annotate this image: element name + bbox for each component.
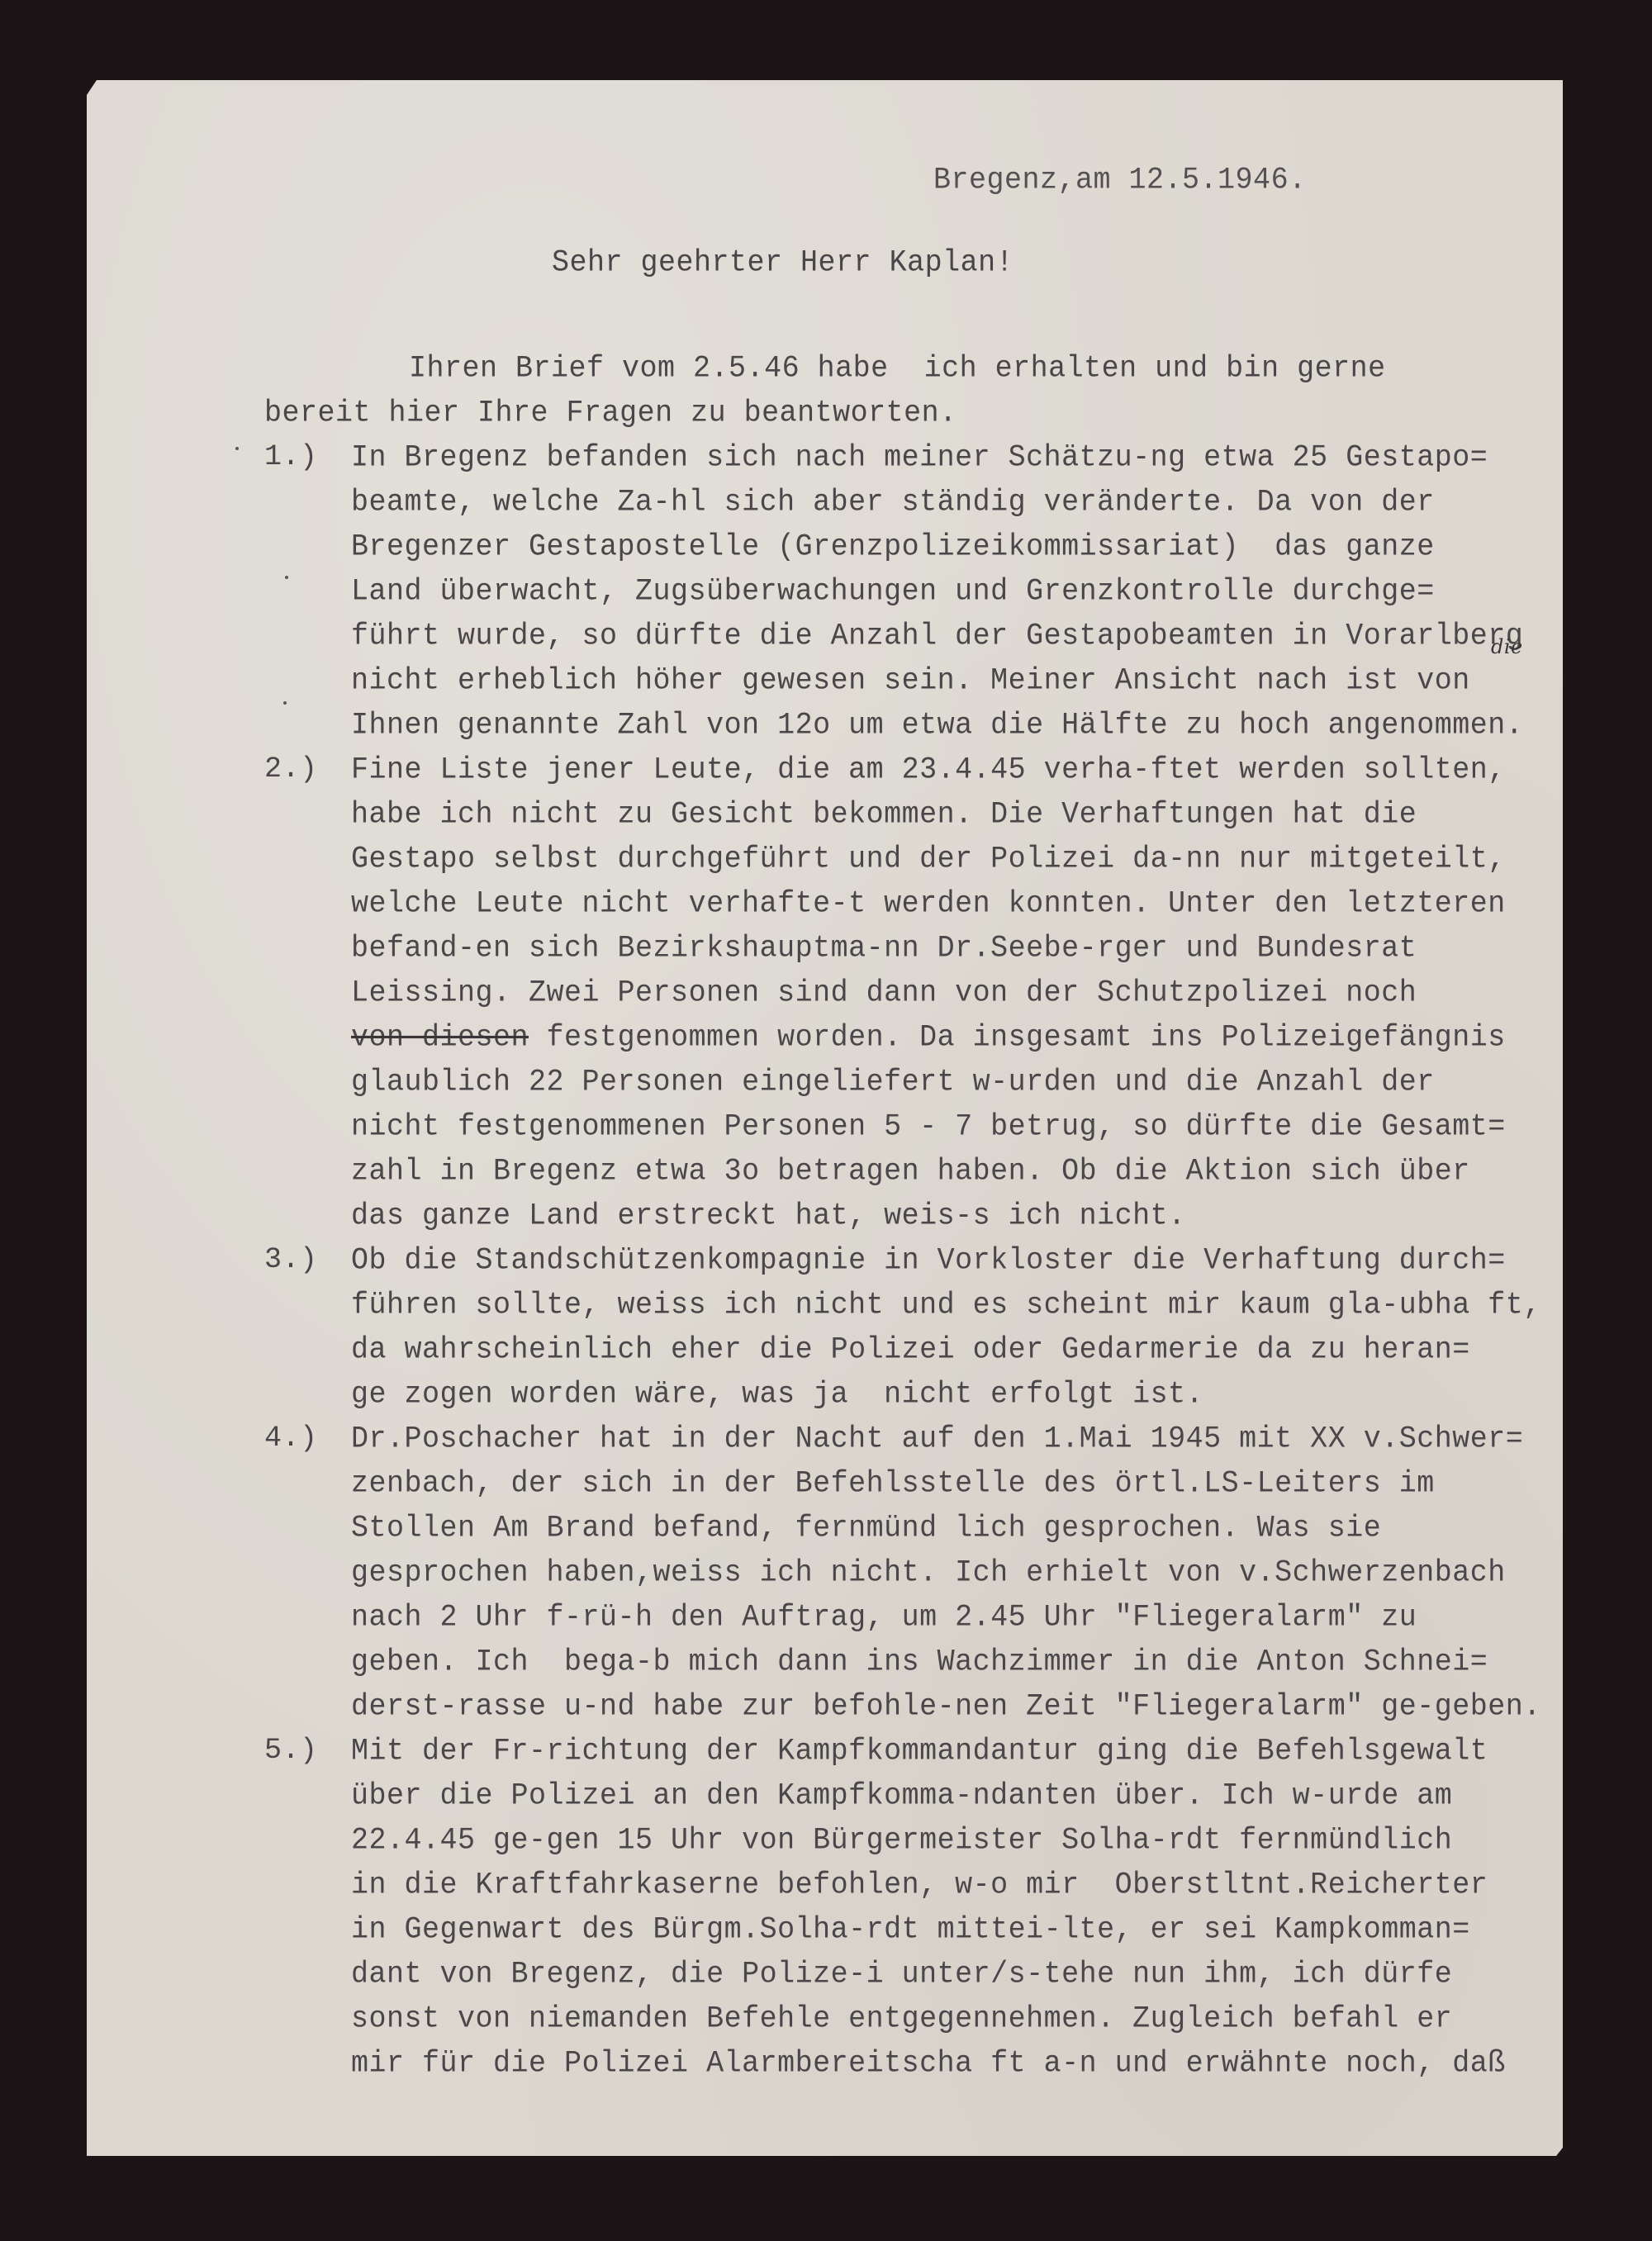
letter-page: Bregenz,am 12.5.1946. Sehr geehrter Herr… [87, 80, 1563, 2156]
item-4-line-4: gesprochen haben,weiss ich nicht. Ich er… [351, 1555, 1506, 1590]
item-5-line-7: sonst von niemanden Befehle entgegennehm… [351, 2001, 1452, 2036]
item-5-line-4: in die Kraftfahrkaserne befohlen, w-o mi… [351, 1868, 1488, 1902]
item-1-line-6: nicht erheblich höher gewesen sein. Mein… [351, 663, 1470, 698]
handwritten-insert: die [1491, 635, 1523, 658]
struck-text: von diesen [351, 1020, 529, 1055]
place-date: Bregenz,am 12.5.1946. [933, 163, 1307, 197]
item-5-line-1: Mit der Fr-richtung der Kampfkommandantu… [351, 1734, 1488, 1769]
item-5-line-2: über die Polizei an den Kampfkomma-ndant… [351, 1778, 1452, 1813]
item-number-1: 1.) [264, 440, 318, 473]
item-2-line-10: zahl in Bregenz etwa 3o betragen haben. … [351, 1154, 1470, 1189]
item-2-line-9: nicht festgenommenen Personen 5 - 7 betr… [351, 1109, 1506, 1144]
stray-mark [235, 447, 239, 450]
item-2-line-7: von diesen festgenommen worden. Da insge… [351, 1020, 1506, 1055]
item-1-line-3: Bregenzer Gestapostelle (Grenzpolizeikom… [351, 529, 1435, 564]
item-3-line-3: da wahrscheinlich eher die Polizei oder … [351, 1332, 1470, 1367]
item-4-line-1: Dr.Poschacher hat in der Nacht auf den 1… [351, 1422, 1523, 1456]
item-2-line-6: Leissing. Zwei Personen sind dann von de… [351, 976, 1417, 1010]
item-5-line-8: mir für die Polizei Alarmbereitscha ft a… [351, 2046, 1506, 2081]
item-number-3: 3.) [264, 1243, 318, 1276]
item-2-line-11: das ganze Land erstreckt hat, weis-s ich… [351, 1199, 1186, 1233]
item-1-line-4: Land überwacht, Zugsüberwachungen und Gr… [351, 574, 1435, 609]
item-4-line-3: Stollen Am Brand befand, fernmünd lich g… [351, 1511, 1381, 1545]
salutation: Sehr geehrter Herr Kaplan! [552, 245, 1014, 280]
item-1-line-1: In Bregenz befanden sich nach meiner Sch… [351, 440, 1488, 475]
item-4-line-2: zenbach, der sich in der Befehlsstelle d… [351, 1466, 1435, 1501]
item-1-line-2: beamte, welche Za-hl sich aber ständig v… [351, 485, 1435, 520]
item-3-line-4: ge zogen worden wäre, was ja nicht erfol… [351, 1377, 1203, 1412]
item-number-5: 5.) [264, 1734, 318, 1767]
item-5-line-6: dant von Bregenz, die Polize-i unter/s-t… [351, 1957, 1452, 1992]
typewritten-letter: Bregenz,am 12.5.1946. Sehr geehrter Herr… [87, 80, 1563, 2156]
item-number-2: 2.) [264, 753, 318, 786]
stray-mark [283, 701, 287, 705]
item-2-line-8: glaublich 22 Personen eingeliefert w-urd… [351, 1065, 1435, 1099]
item-3-line-2: führen sollte, weiss ich nicht und es sc… [351, 1288, 1541, 1322]
item-5-line-3: 22.4.45 ge-gen 15 Uhr von Bürgermeister … [351, 1823, 1452, 1858]
item-1-line-7: Ihnen genannte Zahl von 12o um etwa die … [351, 708, 1523, 743]
item-3-line-1: Ob die Standschützenkompagnie in Vorklos… [351, 1243, 1506, 1278]
intro-line-2: bereit hier Ihre Fragen zu beantworten. [264, 396, 957, 430]
item-2-line-3: Gestapo selbst durchgeführt und der Poli… [351, 842, 1506, 876]
item-2-line-4: welche Leute nicht verhafte-t werden kon… [351, 886, 1506, 921]
item-1-line-5: führt wurde, so dürfte die Anzahl der Ge… [351, 619, 1523, 653]
item-4-line-7: derst-rasse u-nd habe zur befohle-nen Ze… [351, 1689, 1541, 1724]
item-number-4: 4.) [264, 1422, 318, 1455]
item-4-line-5: nach 2 Uhr f-rü-h den Auftrag, um 2.45 U… [351, 1600, 1417, 1635]
item-2-line-5: befand-en sich Bezirkshauptma-nn Dr.Seeb… [351, 931, 1417, 966]
item-4-line-6: geben. Ich bega-b mich dann ins Wachzimm… [351, 1645, 1488, 1679]
intro-line-1: Ihren Brief vom 2.5.46 habe ich erhalten… [409, 351, 1386, 386]
item-2-line-1: Fine Liste jener Leute, die am 23.4.45 v… [351, 753, 1506, 787]
stray-mark [285, 576, 288, 579]
item-2-line-2: habe ich nicht zu Gesicht bekommen. Die … [351, 797, 1417, 832]
item-2-line-7-rest: festgenommen worden. Da insgesamt ins Po… [529, 1020, 1506, 1055]
item-5-line-5: in Gegenwart des Bürgm.Solha-rdt mittei-… [351, 1912, 1470, 1947]
